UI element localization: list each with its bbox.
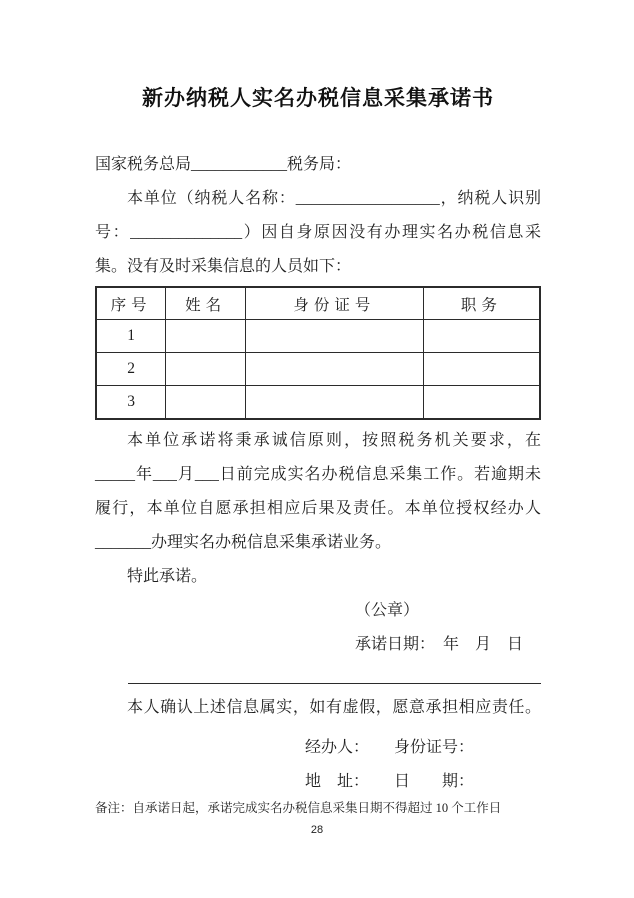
document-page: 新办纳税人实名办税信息采集承诺书 国家税务总局____________税务局： … <box>0 0 634 898</box>
cell-name <box>166 353 246 386</box>
intro-line-2: 号：______________）因自身原因没有办理实名办税信息采 <box>95 216 541 250</box>
separator-line <box>128 683 541 684</box>
footnote: 备注：自承诺日起，承诺完成实名办税信息采集日期不得超过 10 个工作日 <box>95 801 541 816</box>
page-number: 28 <box>0 824 634 836</box>
salutation-line: 国家税务总局____________税务局： <box>95 148 541 182</box>
agent-id-label: 身份证号： <box>394 738 474 758</box>
date-label: 日 期： <box>394 772 474 792</box>
commitment-line-1: 本单位承诺将秉承诚信原则，按照税务机关要求，在 <box>95 424 541 458</box>
document-content: 新办纳税人实名办税信息采集承诺书 国家税务总局____________税务局： … <box>95 0 541 816</box>
agent-label: 经办人： <box>305 738 390 758</box>
cell-index: 1 <box>96 320 166 353</box>
commitment-date-line: 承诺日期： 年 月 日 <box>355 628 541 662</box>
col-header-position: 职务 <box>423 287 540 320</box>
cell-name <box>166 386 246 420</box>
personnel-table: 序号 姓名 身份证号 职务 1 2 <box>95 286 541 420</box>
commitment-line-2: _____年___月___日前完成实名办税信息采集工作。若逾期未 <box>95 458 541 492</box>
cell-position <box>423 386 540 420</box>
intro-line-3: 集。没有及时采集信息的人员如下： <box>95 250 541 284</box>
commitment-line-4: _______办理实名办税信息采集承诺业务。 <box>95 526 541 560</box>
seal-placeholder: （公章） <box>355 594 541 628</box>
table-header-row: 序号 姓名 身份证号 职务 <box>96 287 540 320</box>
cell-id-number <box>246 320 424 353</box>
cell-index: 2 <box>96 353 166 386</box>
intro-line-1: 本单位（纳税人名称：__________________，纳税人识别 <box>95 182 541 216</box>
table-row: 2 <box>96 353 540 386</box>
confirmation-line: 本人确认上述信息属实，如有虚假，愿意承担相应责任。 <box>95 691 541 725</box>
cell-id-number <box>246 353 424 386</box>
col-header-name: 姓名 <box>166 287 246 320</box>
cell-name <box>166 320 246 353</box>
col-header-id-number: 身份证号 <box>246 287 424 320</box>
address-row: 地 址： 日 期： <box>95 772 541 792</box>
agent-row: 经办人： 身份证号： <box>95 738 541 758</box>
cell-index: 3 <box>96 386 166 420</box>
personnel-table-header: 序号 姓名 身份证号 职务 <box>96 287 540 320</box>
table-row: 1 <box>96 320 540 353</box>
cell-position <box>423 353 540 386</box>
table-row: 3 <box>96 386 540 420</box>
col-header-index: 序号 <box>96 287 166 320</box>
cell-position <box>423 320 540 353</box>
address-label: 地 址： <box>305 772 390 792</box>
page-title: 新办纳税人实名办税信息采集承诺书 <box>95 86 541 112</box>
cell-id-number <box>246 386 424 420</box>
closing-line: 特此承诺。 <box>95 560 541 594</box>
commitment-line-3: 履行，本单位自愿承担相应后果及责任。本单位授权经办人 <box>95 492 541 526</box>
